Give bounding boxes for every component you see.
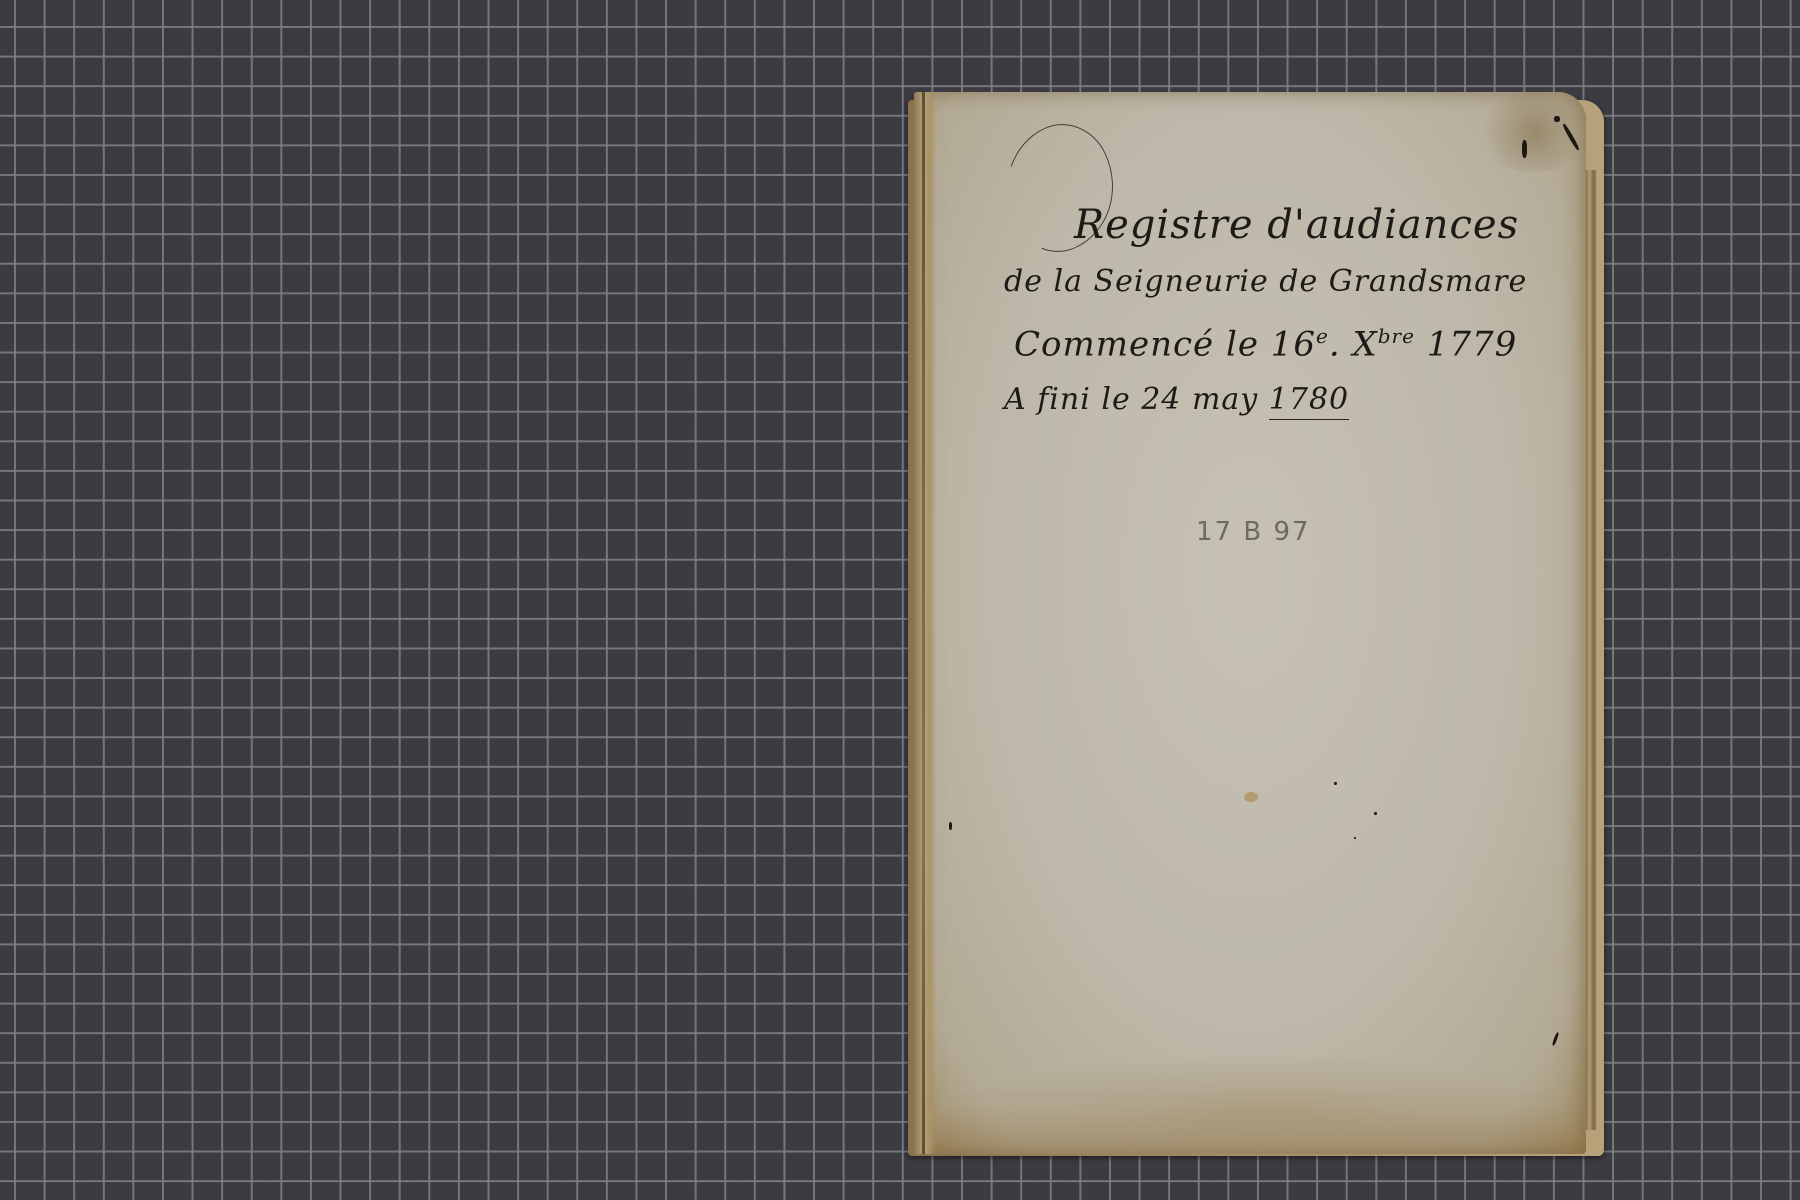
ink-blot xyxy=(1522,140,1527,158)
ink-blot xyxy=(1554,116,1560,122)
ink-blot xyxy=(1552,1032,1560,1046)
title-line-1: Registre d'audiances xyxy=(1074,202,1519,248)
ink-blot xyxy=(1374,812,1377,815)
foxing-stain xyxy=(1244,792,1258,802)
cover-page: Registre d'audiances de la Seigneurie de… xyxy=(914,92,1586,1154)
end-date-year: 1780 xyxy=(1269,382,1349,420)
start-date-superscript: e xyxy=(1316,324,1329,348)
title-line-2: de la Seigneurie de Grandsmare xyxy=(1004,264,1527,299)
title-line-3: Commencé le 16e. Xbre 1779 xyxy=(1014,324,1517,364)
end-date-prefix: A fini le 24 may xyxy=(1004,382,1269,417)
ink-blot xyxy=(1354,837,1356,839)
start-date-year: 1779 xyxy=(1427,324,1518,364)
foxing-stain xyxy=(954,1052,1574,1154)
spine-fold xyxy=(914,92,936,1154)
title-line-1-text: Registre d'audiances xyxy=(1074,202,1519,248)
ink-blot xyxy=(949,822,952,830)
register-volume: Registre d'audiances de la Seigneurie de… xyxy=(908,92,1608,1158)
title-line-4: A fini le 24 may 1780 xyxy=(1004,382,1349,417)
start-date-month-superscript: bre xyxy=(1378,324,1415,348)
title-line-2-text: de la Seigneurie de Grandsmare xyxy=(1004,264,1527,299)
archive-call-number: 17 B 97 xyxy=(1196,517,1311,547)
ink-blot xyxy=(1334,782,1337,785)
start-date-prefix: Commencé le 16 xyxy=(1014,324,1316,364)
start-date-month: . X xyxy=(1329,324,1378,364)
